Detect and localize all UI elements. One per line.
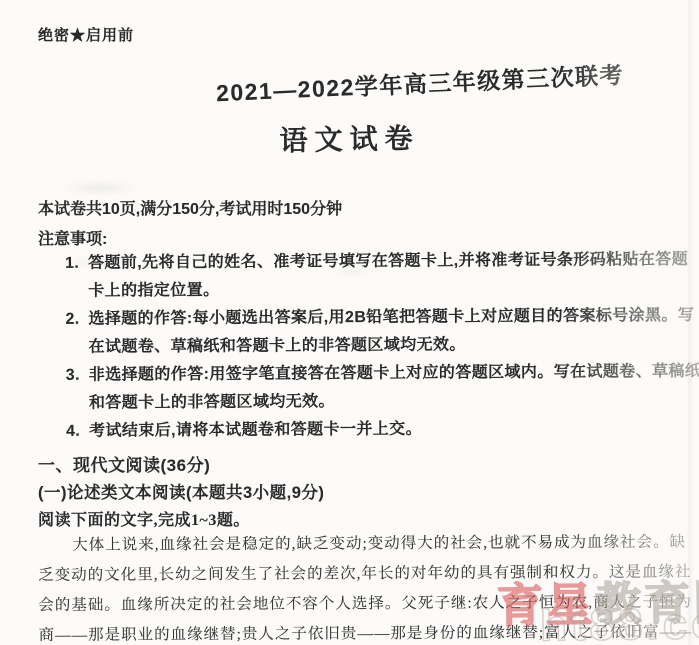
notice-item-3-number: 3.	[66, 362, 80, 390]
notice-item-4: 4. 考试结束后,请将本试题卷和答题卡一并上交。	[39, 414, 696, 446]
notice-item-1-line-2: 卡上的指定位置。	[88, 274, 695, 306]
exam-info-line: 本试卷共10页,满分150分,考试用时150分钟	[38, 196, 342, 219]
notice-item-2-line-2: 在试题卷、草稿纸和答题卡上的非答题区域均无效。	[89, 330, 696, 362]
exam-title: 2021—2022学年高三年级第三次联考	[140, 53, 699, 111]
scanned-exam-page: 绝密★启用前 2021—2022学年高三年级第三次联考 语文试卷 本试卷共10页…	[0, 0, 699, 645]
notice-heading: 注意事项:	[38, 226, 107, 249]
passage-line-1: 大体上说来,血缘社会是稳定的,缺乏变动;变动得大的社会,也就不易成为血缘社会。缺	[38, 528, 679, 561]
notice-list: 1. 答题前,先将自己的姓名、准考证号填写在答题卡上,并将准考证号条形码粘贴在答…	[38, 246, 696, 446]
reading-prompt: 阅读下面的文字,完成1~3题。	[38, 507, 250, 530]
passage-line-4: 商——那是职业的血缘继替;贵人之子依旧贵——那是身份的血缘继替;富人之子依旧富—…	[38, 618, 679, 645]
notice-item-1-line-1: 答题前,先将自己的姓名、准考证号填写在答题卡上,并将准考证号条形码粘贴在答题	[88, 246, 695, 278]
subject-title: 语文试卷	[0, 111, 699, 164]
notice-item-4-number: 4.	[66, 418, 80, 446]
reading-passage: 大体上说来,血缘社会是稳定的,缺乏变动;变动得大的社会,也就不易成为血缘社会。缺…	[38, 528, 680, 645]
passage-line-2: 乏变动的文化里,长幼之间发生了社会的差次,年长的对年幼的具有强制和权力。这是血缘…	[38, 558, 679, 591]
notice-item-4-line-1: 考试结束后,请将本试题卷和答题卡一并上交。	[89, 414, 696, 446]
notice-item-3-line-2: 和答题卡上的非答题区域均无效。	[89, 386, 696, 418]
notice-item-1: 1. 答题前,先将自己的姓名、准考证号填写在答题卡上,并将准考证号条形码粘贴在答…	[38, 246, 695, 306]
notice-item-2-number: 2.	[65, 306, 79, 334]
notice-item-3-line-1: 非选择题的作答:用签字笔直接答在答题卡上对应的答题区域内。写在试题卷、草稿纸	[89, 358, 696, 390]
notice-item-2: 2. 选择题的作答:每小题选出答案后,用2B铅笔把答题卡上对应题目的答案标号涂黑…	[38, 302, 695, 362]
notice-item-3: 3. 非选择题的作答:用签字笔直接答在答题卡上对应的答题区域内。写在试题卷、草稿…	[39, 358, 696, 418]
section-one-sub-heading: (一)论述类文本阅读(本题共3小题,9分)	[38, 479, 324, 503]
passage-line-3: 会的基础。血缘所决定的社会地位不容个人选择。父死子继:农人之子恒为农,商人之子恒…	[38, 588, 679, 621]
notice-item-1-number: 1.	[65, 250, 79, 278]
secret-label: 绝密★启用前	[38, 24, 134, 45]
notice-item-2-line-1: 选择题的作答:每小题选出答案后,用2B铅笔把答题卡上对应题目的答案标号涂黑。写	[88, 302, 695, 334]
section-one-heading: 一、现代文阅读(36分)	[38, 451, 210, 476]
page-content: 绝密★启用前 2021—2022学年高三年级第三次联考 语文试卷 本试卷共10页…	[0, 0, 699, 645]
